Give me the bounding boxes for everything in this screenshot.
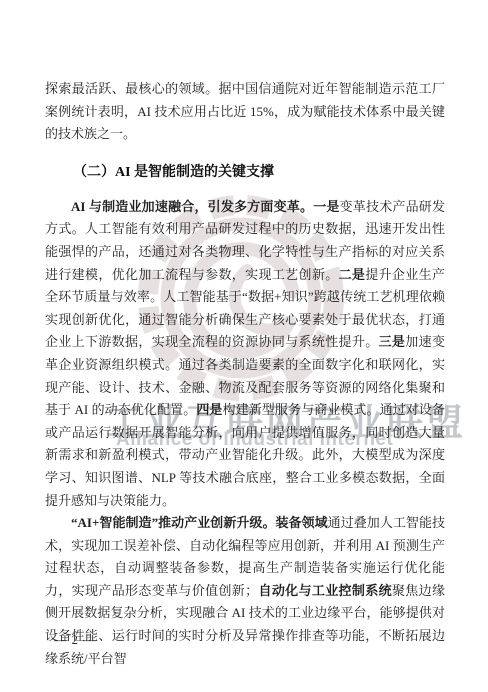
bold-text-run: （二）AI 是智能制造的关键支撑 [73,165,274,180]
document-body: 探索最活跃、最核心的领域。据中国信通院对近年智能制造示范工厂案例统计表明，AI … [45,78,445,670]
paragraph: 探索最活跃、最核心的领域。据中国信通院对近年智能制造示范工厂案例统计表明，AI … [45,78,445,146]
page-number: — 2 — [54,633,97,648]
paragraph: AI 与制造业加速融合，引发多方面变革。一是变革技术产品研发方式。人工智能有效利… [45,196,445,512]
bold-text-run: 四是 [196,402,222,417]
paragraph: “AI+智能制造”推动产业创新升级。装备领域通过叠加人工智能技术，实现加工误差补… [45,512,445,670]
bold-text-run: “AI+智能制造”推动产业创新升级。装备领域 [71,515,328,530]
section-heading: （二）AI 是智能制造的关键支撑 [45,161,445,185]
text-run: 探索最活跃、最核心的领域。据中国信通院对近年智能制造示范工厂案例统计表明，AI … [45,81,445,141]
bold-text-run: 三是 [379,334,406,349]
bold-text-run: 自动化与工业控制系统 [258,583,392,598]
document-page: 工业互联网产业联盟 Alliance of Industrial Interne… [0,0,488,692]
bold-text-run: 二是 [339,267,366,282]
text-run: 构建新型服务与商业模式。通过对设备或产品运行数据开展智能分析，向用户提供增值服务… [45,402,445,507]
bold-text-run: AI 与制造业加速融合，引发多方面变革。一是 [71,199,340,214]
